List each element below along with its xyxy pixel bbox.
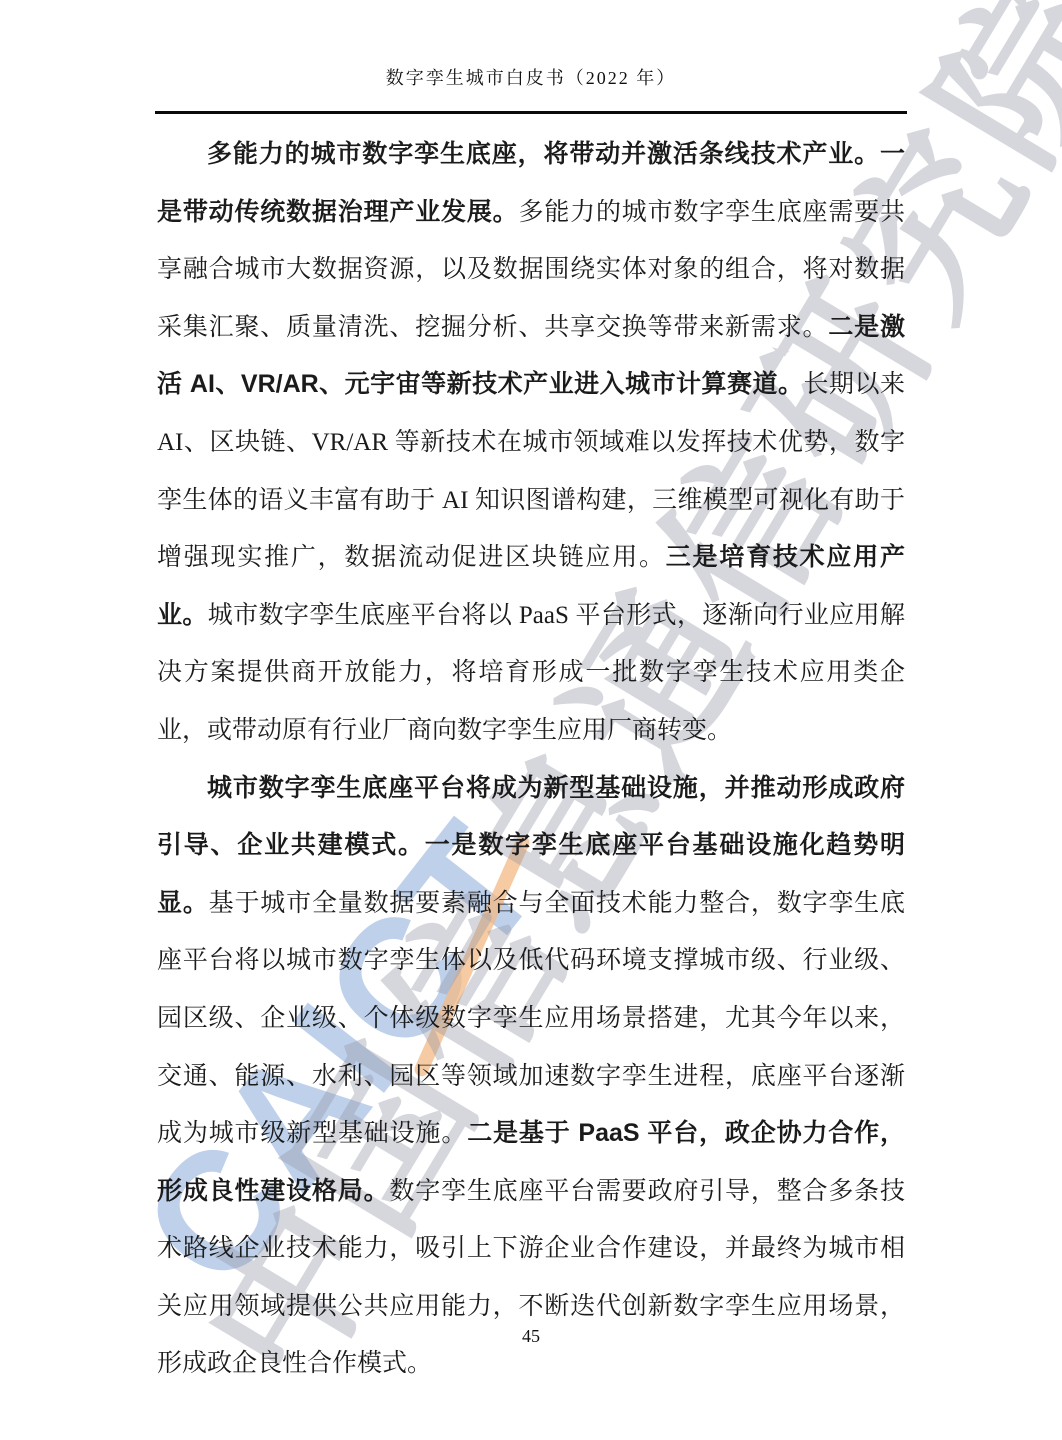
paragraph-1: 多能力的城市数字孪生底座，将带动并激活条线技术产业。一是带动传统数据治理产业发展… <box>157 126 905 760</box>
text-segment: 长期以来 AI、区块链、VR/AR 等新技术在城市领域难以发挥技术优势，数字孪生… <box>157 371 905 571</box>
page-header-title: 数字孪生城市白皮书（2022 年） <box>0 64 1062 90</box>
page-number: 45 <box>0 1326 1062 1347</box>
text-segment: 基于城市全量数据要素融合与全面技术能力整合，数字孪生底座平台将以城市数字孪生体以… <box>157 890 905 1147</box>
page-content: 多能力的城市数字孪生底座，将带动并激活条线技术产业。一是带动传统数据治理产业发展… <box>157 126 905 1393</box>
text-segment: 数字孪生底座平台需要政府引导，整合多条技术路线企业技术能力，吸引上下游企业合作建… <box>157 1178 905 1378</box>
header-divider <box>155 111 907 114</box>
text-segment: 城市数字孪生底座平台将以 PaaS 平台形式，逐渐向行业应用解决方案提供商开放能… <box>157 602 905 744</box>
document-page: CAICT 中国信息通信研究院 数字孪生城市白皮书（2022 年） 多能力的城市… <box>0 0 1062 1440</box>
paragraph-2: 城市数字孪生底座平台将成为新型基础设施，并推动形成政府引导、企业共建模式。一是数… <box>157 760 905 1394</box>
